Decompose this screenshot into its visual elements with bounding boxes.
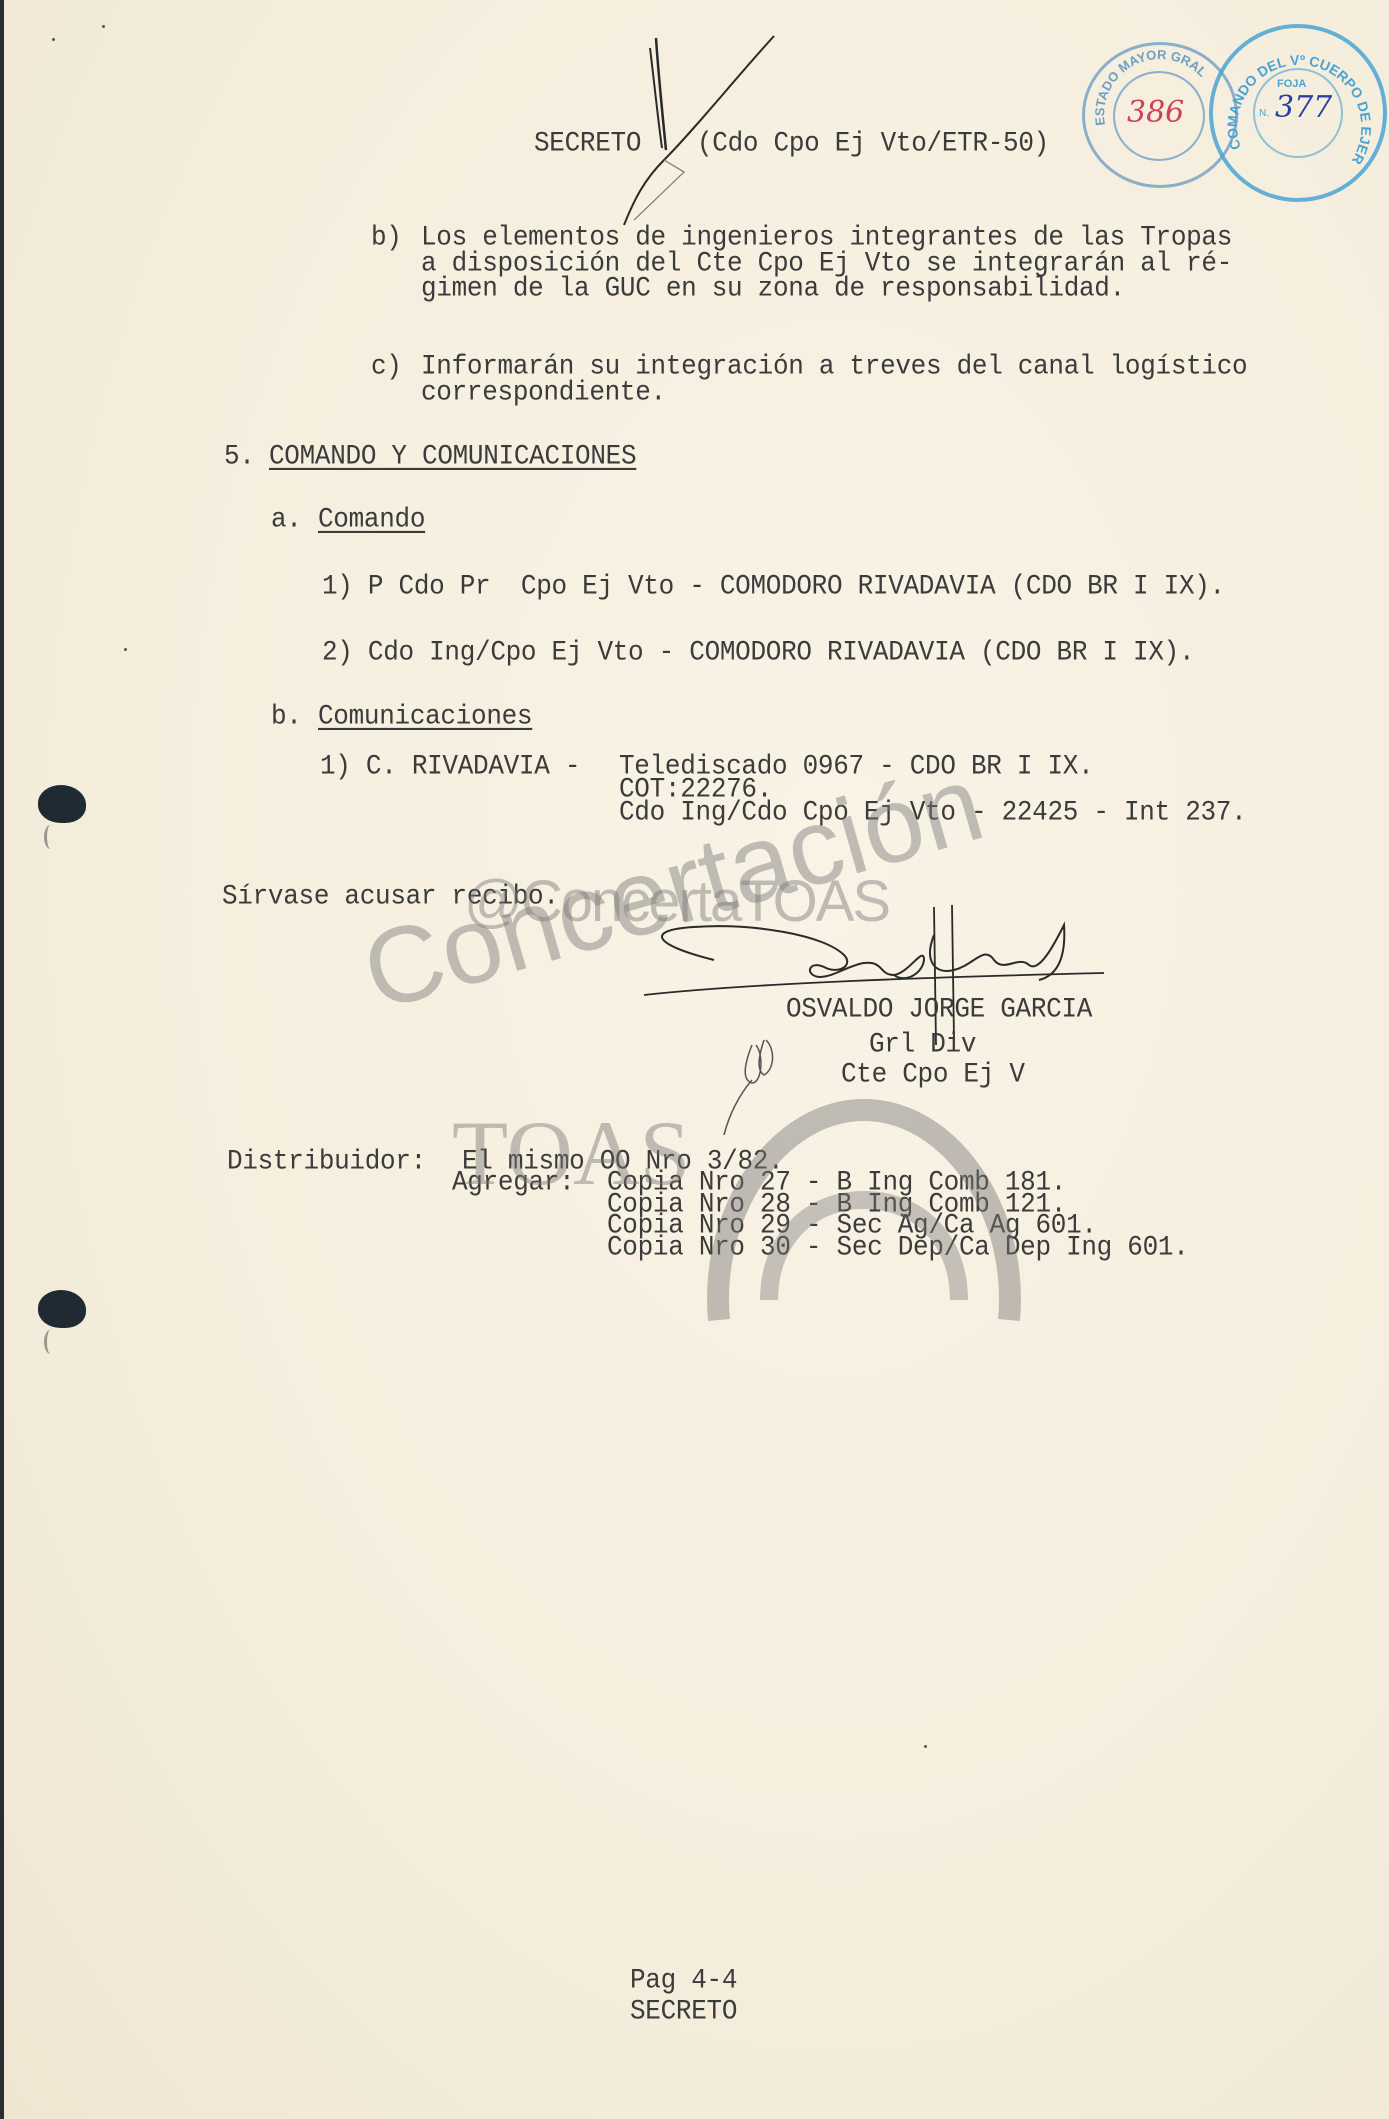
document-page: SECRETO (Cdo Cpo Ej Vto/ETR-50) ESTADO M… bbox=[0, 0, 1389, 2119]
comms-item-lead: 1) C. RIVADAVIA - bbox=[320, 753, 580, 780]
subsection-a-title: Comando bbox=[318, 506, 425, 533]
footer-classification: SECRETO bbox=[630, 1998, 737, 2025]
command-item: 1) P Cdo Pr Cpo Ej Vto - COMODORO RIVADA… bbox=[322, 573, 1225, 600]
scan-speck bbox=[52, 38, 55, 41]
section-number: 5. bbox=[224, 443, 255, 470]
stamp-left-number: 386 bbox=[1127, 95, 1184, 130]
comms-line: Cdo Ing/Cdo Cpo Ej Vto - 22425 - Int 237… bbox=[619, 799, 1246, 826]
para-c-line: correspondiente. bbox=[421, 379, 666, 406]
stamp-comando: COMANDO DEL Vº CUERPO DE EJERCITO FOJA N… bbox=[1209, 24, 1387, 202]
subsection-b-marker: b. bbox=[271, 703, 302, 730]
stamp-number-prefix: N. bbox=[1259, 108, 1269, 119]
initials-mark-icon bbox=[604, 30, 804, 230]
scan-speck bbox=[924, 1745, 927, 1748]
footer-page-number: Pag 4-4 bbox=[630, 1967, 737, 1994]
stamp-foja-number: 377 bbox=[1275, 90, 1332, 125]
para-b-marker: b) bbox=[371, 224, 402, 251]
add-label: Agregar: bbox=[452, 1169, 574, 1196]
punch-hole-icon bbox=[38, 1290, 86, 1328]
subsection-b-title: Comunicaciones bbox=[318, 703, 532, 730]
para-c-marker: c) bbox=[371, 353, 402, 380]
punch-hole-icon bbox=[38, 785, 86, 823]
para-b-line: gimen de la GUC en su zona de responsabi… bbox=[421, 275, 1125, 302]
section-title: COMANDO Y COMUNICACIONES bbox=[269, 443, 636, 470]
closing-text: Sírvase acusar recibo. bbox=[222, 883, 559, 910]
signer-name: OSVALDO JORGE GARCIA bbox=[786, 996, 1092, 1023]
distribution-label: Distribuidor: bbox=[227, 1148, 426, 1175]
watermark-logo-icon bbox=[699, 1070, 1029, 1330]
stamp-foja-label: FOJA bbox=[1277, 78, 1306, 90]
signer-rank: Grl Div bbox=[869, 1031, 976, 1058]
scan-speck bbox=[102, 25, 105, 28]
command-item: 2) Cdo Ing/Cpo Ej Vto - COMODORO RIVADAV… bbox=[322, 639, 1194, 666]
subsection-a-marker: a. bbox=[271, 506, 302, 533]
scan-speck bbox=[124, 648, 127, 651]
